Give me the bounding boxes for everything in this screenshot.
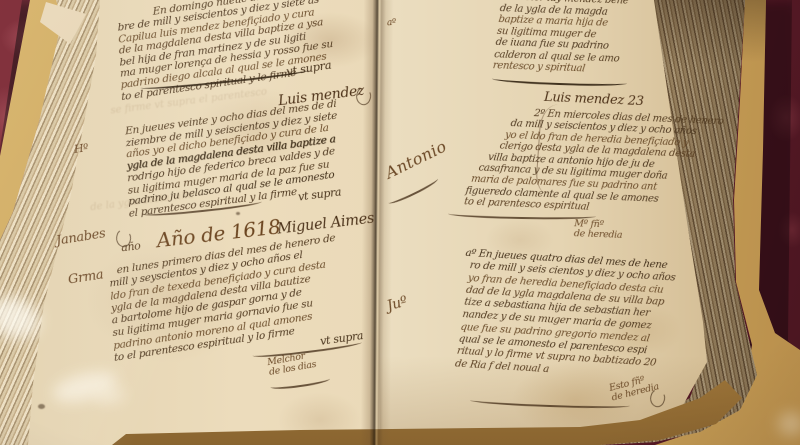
- photo-vignette: [0, 0, 800, 445]
- manuscript-photo-scene: En domingo nueue dias del mes de diziebr…: [0, 0, 800, 445]
